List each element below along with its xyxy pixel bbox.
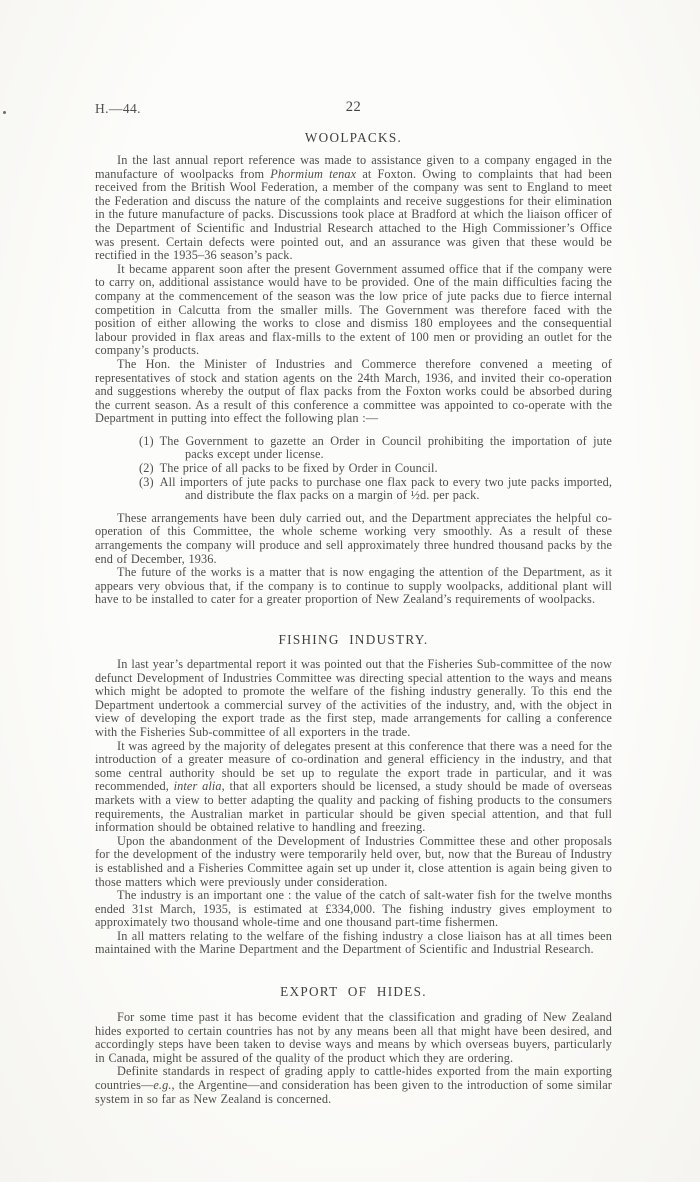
paragraph: The industry is an important one : the v… (95, 889, 612, 930)
plan-list: (1)The Government to gazette an Order in… (95, 435, 612, 503)
section-fishing-industry: FISHING INDUSTRY. In last year’s departm… (95, 633, 612, 957)
paragraph: Definite standards in respect of grading… (95, 1065, 612, 1106)
section-title-export-of-hides: EXPORT OF HIDES. (95, 985, 612, 999)
text-block: H.—44. 22 WOOLPACKS. In the last annual … (95, 0, 612, 1106)
document-reference: H.—44. (95, 102, 141, 116)
list-item: (3)All importers of jute packs to purcha… (95, 476, 612, 503)
section-export-of-hides: EXPORT OF HIDES. For some time past it h… (95, 985, 612, 1106)
paragraph: It became apparent soon after the presen… (95, 263, 612, 358)
scan-speck (3, 111, 6, 114)
paragraph: It was agreed by the majority of delegat… (95, 740, 612, 835)
document-page: H.—44. 22 WOOLPACKS. In the last annual … (0, 0, 700, 1182)
list-item-text: All importers of jute packs to purchase … (160, 475, 612, 503)
section-woolpacks: WOOLPACKS. In the last annual report ref… (95, 131, 612, 607)
section-title-fishing-industry: FISHING INDUSTRY. (95, 633, 612, 647)
paragraph: In last year’s departmental report it wa… (95, 658, 612, 740)
list-item: (1)The Government to gazette an Order in… (95, 435, 612, 462)
paragraph: In the last annual report reference was … (95, 154, 612, 263)
list-item-number: (1) (139, 434, 154, 448)
list-item: (2)The price of all packs to be fixed by… (95, 462, 612, 476)
list-item-text: The price of all packs to be fixed by Or… (160, 461, 438, 475)
paragraph: Upon the abandonment of the Development … (95, 835, 612, 889)
paragraph: For some time past it has become evident… (95, 1011, 612, 1065)
page-number: 22 (95, 101, 612, 115)
page-header: H.—44. 22 (95, 0, 612, 118)
paragraph: These arrangements have been duly carrie… (95, 512, 612, 566)
list-item-number: (3) (139, 475, 154, 489)
list-item-number: (2) (139, 461, 154, 475)
list-item-text: The Government to gazette an Order in Co… (160, 434, 612, 462)
paragraph: The future of the works is a matter that… (95, 566, 612, 607)
paragraph: The Hon. the Minister of Industries and … (95, 358, 612, 426)
paragraph: In all matters relating to the welfare o… (95, 930, 612, 957)
section-title-woolpacks: WOOLPACKS. (95, 131, 612, 145)
